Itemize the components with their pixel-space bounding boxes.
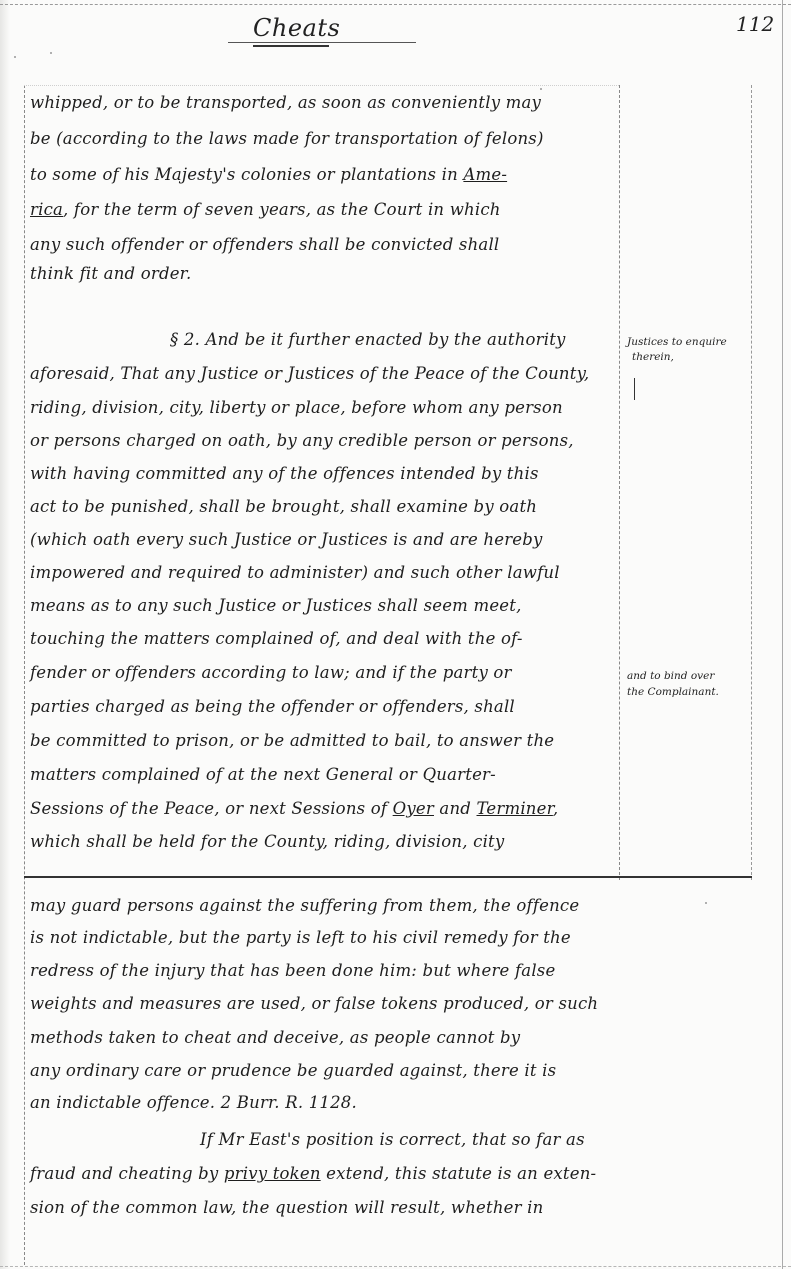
text-fragment: and [434,799,477,818]
scan-shadow [0,0,10,1269]
text-line: be (according to the laws made for trans… [30,129,544,148]
text-line: is not indictable, but the party is left… [30,928,571,947]
text-fragment: fraud and cheating by [30,1164,224,1183]
scan-speck [50,52,52,54]
marginal-pen-mark [634,378,635,400]
scan-speck [705,902,707,904]
text-line: think fit and order. [30,264,191,283]
marginal-note-1-line-1: Justices to enquire [627,336,727,348]
text-line: aforesaid, That any Justice or Justices … [30,364,589,383]
text-line: matters complained of at the next Genera… [30,765,496,784]
page-title: Cheats [253,14,340,42]
text-line: fraud and cheating by privy token extend… [30,1164,596,1183]
page-right-edge [782,0,783,1269]
text-line: whipped, or to be transported, as soon a… [30,93,541,112]
text-line: If Mr East's position is correct, that s… [200,1130,585,1149]
text-line: weights and measures are used, or false … [30,994,598,1013]
text-line: rica, for the term of seven years, as th… [30,200,501,219]
text-fragment: Sessions of the Peace, or next Sessions … [30,799,393,818]
page-top-edge [0,4,791,5]
text-line: touching the matters complained of, and … [30,629,523,648]
text-line: (which oath every such Justice or Justic… [30,530,543,549]
section-heading-line: § 2. And be it further enacted by the au… [170,330,566,349]
upper-box-top [24,85,619,86]
right-margin-rule [751,85,752,880]
manuscript-page: Cheats 112 whipped, or to be transported… [0,0,791,1269]
left-margin-rule [24,85,25,1265]
underlined-word: Oyer [393,799,434,818]
marginal-note-1-line-2: therein, [632,351,674,363]
section-divider [24,876,752,878]
text-line: means as to any such Justice or Justices… [30,596,522,615]
text-line: methods taken to cheat and deceive, as p… [30,1028,520,1047]
text-line: an indictable offence. 2 Burr. R. 1128. [30,1093,357,1112]
text-fragment: to some of his Majesty's colonies or pla… [30,165,463,184]
text-fragment: , for the term of seven years, as the Co… [63,200,501,219]
marginal-notes-rule [619,85,620,880]
text-line: or persons charged on oath, by any credi… [30,431,574,450]
text-line: which shall be held for the County, ridi… [30,832,504,851]
text-line: impowered and required to administer) an… [30,563,560,582]
text-line: riding, division, city, liberty or place… [30,398,563,417]
title-underline [253,45,329,47]
text-line: parties charged as being the offender or… [30,697,515,716]
text-line: may guard persons against the suffering … [30,896,579,915]
text-line: be committed to prison, or be admitted t… [30,731,554,750]
text-line: any ordinary care or prudence be guarded… [30,1061,556,1080]
text-line: to some of his Majesty's colonies or pla… [30,165,507,184]
page-bottom-edge [0,1266,791,1267]
text-line: Sessions of the Peace, or next Sessions … [30,799,558,818]
text-line: redress of the injury that has been done… [30,961,555,980]
page-number: 112 [736,12,774,36]
underlined-word: privy token [224,1164,321,1183]
text-line: act to be punished, shall be brought, sh… [30,497,537,516]
scan-speck [540,88,542,90]
underlined-word: rica [30,200,63,219]
underlined-word: Terminer [477,799,553,818]
underlined-word: Ame- [463,165,507,184]
text-line: sion of the common law, the question wil… [30,1198,543,1217]
text-line: any such offender or offenders shall be … [30,235,499,254]
text-fragment: extend, this statute is an exten- [321,1164,597,1183]
header-rule [228,42,416,43]
text-fragment: , [553,799,558,818]
text-line: fender or offenders according to law; an… [30,663,512,682]
marginal-note-2-line-1: and to bind over [627,670,714,682]
scan-speck [14,56,16,58]
marginal-note-2-line-2: the Complainant. [627,686,719,698]
text-line: with having committed any of the offence… [30,464,539,483]
